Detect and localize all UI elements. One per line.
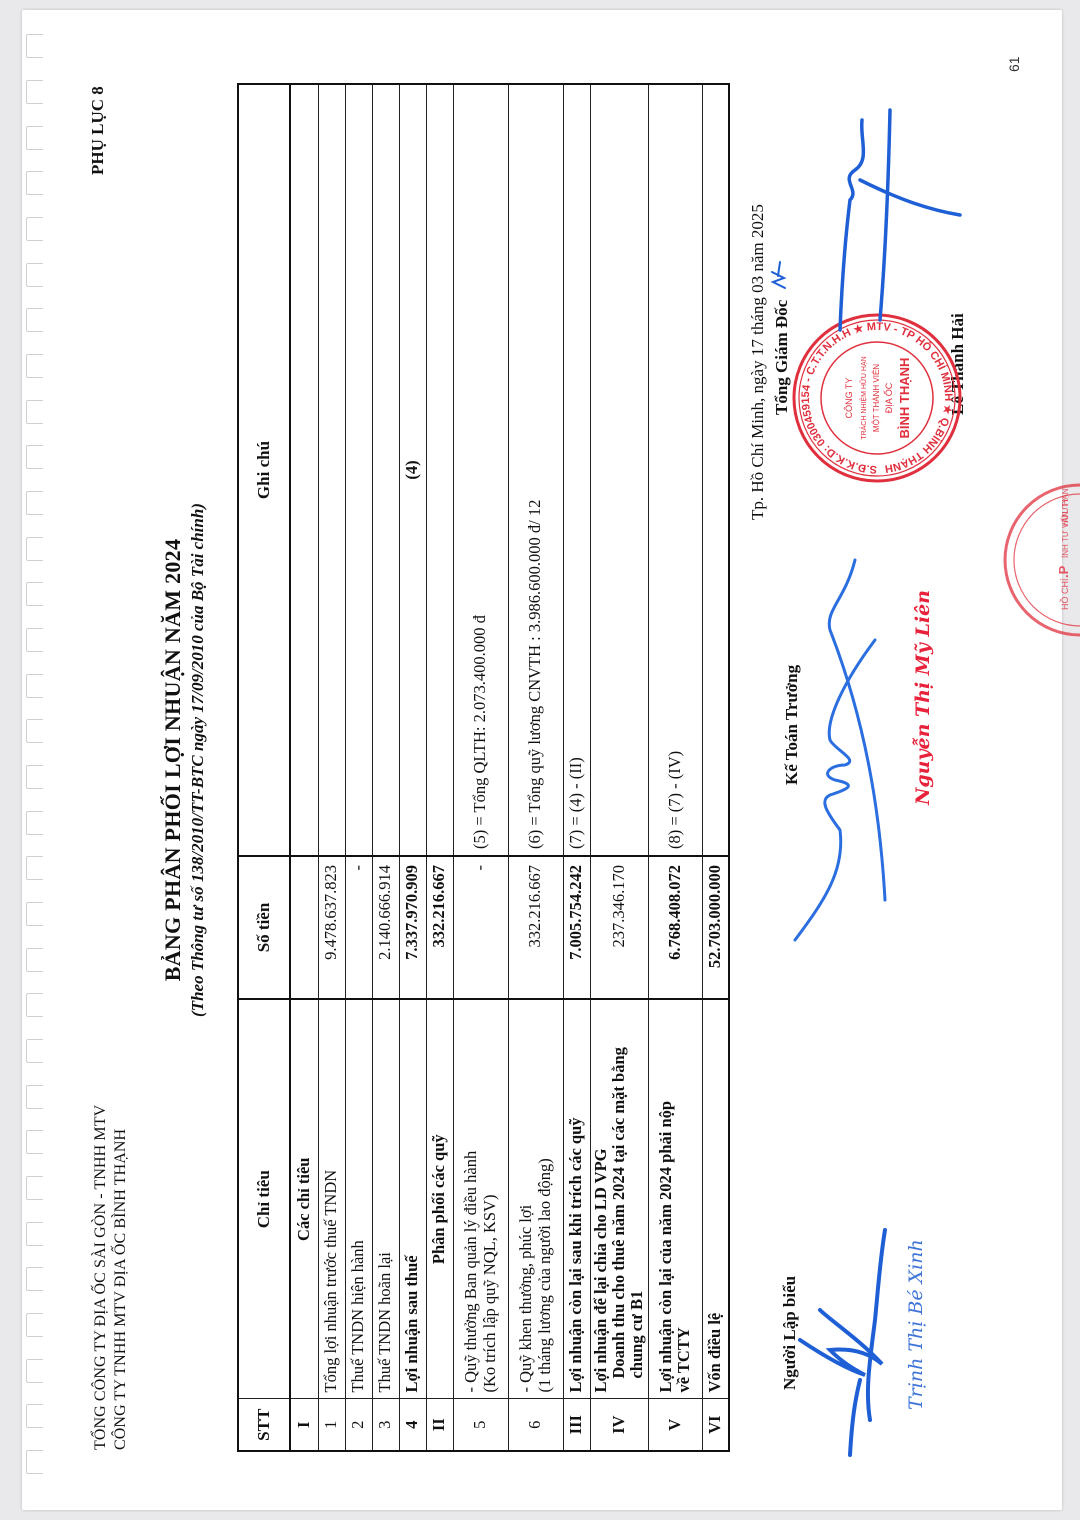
document-title: BẢNG PHÂN PHỐI LỢI NHUẬN NĂM 2024	[160, 0, 186, 1520]
row-stt: III	[563, 1399, 590, 1451]
binder-hole-icon	[26, 445, 43, 469]
row-amount: -	[345, 856, 372, 999]
row-item-line1: - Quỹ thưởng Ban quản lý điều hành	[462, 1006, 480, 1393]
binder-hole-icon	[26, 80, 43, 104]
row-amount: 237.346.170	[590, 856, 648, 999]
binder-hole-icon	[26, 1222, 43, 1246]
row-item: Thuế TNDN hiện hành	[345, 999, 372, 1399]
row-amount: 52.703.000.000	[702, 856, 729, 999]
binder-holes	[26, 34, 52, 1474]
table-row: 1 Tổng lợi nhuận trước thuế TNDN 9.478.6…	[318, 84, 345, 1451]
table-header-row: STT Chỉ tiêu Số tiền Ghi chú	[238, 84, 290, 1451]
seal-line-3: MỘT THÀNH VIÊN	[872, 364, 881, 432]
row-stt: 5	[453, 1399, 508, 1451]
rotated-document-page: TỔNG CÔNG TY ĐỊA ỐC SÀI GÒN - TNHH MTV C…	[0, 0, 1080, 1520]
row-stt: VI	[702, 1399, 729, 1451]
row-amount: 7.005.754.242	[563, 856, 590, 999]
binder-hole-icon	[26, 263, 43, 287]
row-item: Lợi nhuận sau thuế	[399, 999, 426, 1399]
row-stt: 2	[345, 1399, 372, 1451]
row-stt: 6	[508, 1399, 563, 1451]
row-note	[426, 84, 453, 856]
row-stt: IV	[590, 1399, 648, 1451]
row-note	[702, 84, 729, 856]
row-stt: 3	[372, 1399, 399, 1451]
binder-hole-icon	[26, 126, 43, 150]
binder-hole-icon	[26, 400, 43, 424]
row-item: Lợi nhuận để lại chia cho LD VPG Doanh t…	[590, 999, 648, 1399]
binder-hole-icon	[26, 856, 43, 880]
binder-hole-icon	[26, 308, 43, 332]
binder-hole-icon	[26, 582, 43, 606]
partial-seal-line-4: ÍNH	[1061, 544, 1070, 558]
place-and-date: Tp. Hồ Chí Minh, ngày 17 tháng 03 năm 20…	[748, 204, 768, 520]
parent-organization: TỔNG CÔNG TY ĐỊA ỐC SÀI GÒN - TNHH MTV	[92, 1105, 110, 1450]
row-stt: V	[648, 1399, 702, 1451]
column-header-note: Ghi chú	[238, 84, 290, 856]
row-item: Thuế TNDN hoãn lại	[372, 999, 399, 1399]
appendix-label: PHỤ LỤC 8	[88, 86, 108, 175]
row-note: (6) = Tổng quỹ lương CNVTH : 3.986.600.0…	[508, 84, 563, 856]
director-signature-icon	[800, 100, 970, 340]
page-number: 61	[1006, 56, 1022, 72]
row-stt: I	[290, 1399, 318, 1451]
row-stt: 1	[318, 1399, 345, 1451]
table-row: VI Vốn điều lệ 52.703.000.000	[702, 84, 729, 1451]
table-row: 2 Thuế TNDN hiện hành -	[345, 84, 372, 1451]
binder-hole-icon	[26, 1450, 43, 1474]
table-row: IV Lợi nhuận để lại chia cho LD VPG Doan…	[590, 84, 648, 1451]
row-item-line1: Lợi nhuận còn lại của năm 2024 phải nộp	[657, 1006, 675, 1393]
binder-hole-icon	[26, 719, 43, 743]
column-header-item: Chỉ tiêu	[238, 999, 290, 1399]
row-stt: 4	[399, 1399, 426, 1451]
partial-seal-line-6: HỒ CHÍ	[1059, 578, 1070, 610]
partial-seal-line-1: TY	[1061, 497, 1070, 508]
table-row: 6 - Quỹ khen thưởng, phúc lợi (1 tháng l…	[508, 84, 563, 1451]
seal-line-2: TRÁCH NHIỆM HỮU HẠN	[859, 356, 868, 439]
row-item: - Quỹ thưởng Ban quản lý điều hành (Ko t…	[453, 999, 508, 1399]
document-subtitle: (Theo Thông tư số 138/2010/TT-BTC ngày 1…	[188, 0, 208, 1520]
binder-hole-icon	[26, 948, 43, 972]
binder-hole-icon	[26, 628, 43, 652]
seal-line-1: CÔNG TY	[844, 378, 854, 419]
profit-distribution-table: STT Chỉ tiêu Số tiền Ghi chú I Các chỉ t…	[237, 83, 730, 1452]
row-item-line2: (Ko trích lập quỹ NQL, KSV)	[481, 1006, 499, 1393]
binder-hole-icon	[26, 674, 43, 698]
table-row: 5 - Quỹ thưởng Ban quản lý điều hành (Ko…	[453, 84, 508, 1451]
row-amount	[290, 856, 318, 999]
row-item: Các chỉ tiêu	[290, 999, 318, 1399]
column-header-amount: Số tiền	[238, 856, 290, 999]
company-name: CÔNG TY TNHH MTV ĐỊA ỐC BÌNH THẠNH	[112, 1129, 130, 1450]
row-note: (5) = Tổng QLTH: 2.073.400.000 đ	[453, 84, 508, 856]
row-item: Phân phối các quỹ	[426, 999, 453, 1399]
chief-accountant-signature-icon	[785, 540, 895, 960]
binder-hole-icon	[26, 1313, 43, 1337]
director-initial-icon	[770, 260, 788, 290]
partial-seal-icon: HỒ CHÍ .P ÍNH TƯ VẤN HỮU HẠN TY	[1020, 480, 1080, 640]
preparer-name: Trịnh Thị Bé Xinh	[905, 1239, 927, 1410]
director-title: Tổng Giám Đốc	[772, 300, 792, 415]
row-note	[290, 84, 318, 856]
row-note: (4)	[399, 84, 426, 856]
row-item-line2: (1 tháng lương của người lao động)	[536, 1006, 554, 1393]
row-note	[372, 84, 399, 856]
row-item: - Quỹ khen thưởng, phúc lợi (1 tháng lươ…	[508, 999, 563, 1399]
row-item: Lợi nhuận còn lại sau khi trích các quỹ	[563, 999, 590, 1399]
row-stt: II	[426, 1399, 453, 1451]
preparer-signature-icon	[790, 1200, 900, 1460]
row-item: Lợi nhuận còn lại của năm 2024 phải nộp …	[648, 999, 702, 1399]
table-row: II Phân phối các quỹ 332.216.667	[426, 84, 453, 1451]
row-amount: 9.478.637.823	[318, 856, 345, 999]
binder-hole-icon	[26, 171, 43, 195]
row-note	[318, 84, 345, 856]
binder-hole-icon	[26, 1267, 43, 1291]
seal-line-5: BÌNH THẠNH	[897, 358, 912, 439]
binder-hole-icon	[26, 993, 43, 1017]
row-amount: 2.140.666.914	[372, 856, 399, 999]
table-row: III Lợi nhuận còn lại sau khi trích các …	[563, 84, 590, 1451]
binder-hole-icon	[26, 1039, 43, 1063]
row-note	[590, 84, 648, 856]
binder-hole-icon	[26, 354, 43, 378]
table-row: 3 Thuế TNDN hoãn lại 2.140.666.914	[372, 84, 399, 1451]
row-note: (8) = (7) - (IV)	[648, 84, 702, 856]
row-note	[345, 84, 372, 856]
binder-hole-icon	[26, 1359, 43, 1383]
row-item: Vốn điều lệ	[702, 999, 729, 1399]
binder-hole-icon	[26, 34, 43, 58]
row-amount: 332.216.667	[426, 856, 453, 999]
row-amount: 6.768.408.072	[648, 856, 702, 999]
binder-hole-icon	[26, 902, 43, 926]
row-amount: 332.216.667	[508, 856, 563, 999]
row-item-line2: về TCTY	[675, 1006, 693, 1393]
row-item-line1: Lợi nhuận để lại chia cho LD VPG	[592, 1006, 610, 1393]
table-row: I Các chỉ tiêu	[290, 84, 318, 1451]
binder-hole-icon	[26, 1404, 43, 1428]
table-row: V Lợi nhuận còn lại của năm 2024 phải nộ…	[648, 84, 702, 1451]
row-item-line2: Doanh thu cho thuê năm 2024 tại các mặt …	[610, 1006, 647, 1393]
row-note: (7) = (4) - (II)	[563, 84, 590, 856]
row-amount: -	[453, 856, 508, 999]
table-row: 4 Lợi nhuận sau thuế 7.337.970.909 (4)	[399, 84, 426, 1451]
binder-hole-icon	[26, 491, 43, 515]
row-amount: 7.337.970.909	[399, 856, 426, 999]
binder-hole-icon	[26, 217, 43, 241]
row-item: Tổng lợi nhuận trước thuế TNDN	[318, 999, 345, 1399]
row-item-line1: - Quỹ khen thưởng, phúc lợi	[517, 1006, 535, 1393]
binder-hole-icon	[26, 1130, 43, 1154]
binder-hole-icon	[26, 1176, 43, 1200]
binder-hole-icon	[26, 537, 43, 561]
seal-line-4: ĐỊA ỐC	[883, 382, 894, 413]
partial-seal-line-5: .P	[1056, 565, 1071, 578]
binder-hole-icon	[26, 1085, 43, 1109]
column-header-stt: STT	[238, 1399, 290, 1451]
binder-hole-icon	[26, 765, 43, 789]
chief-accountant-name: Nguyễn Thị Mỹ Liên	[912, 590, 934, 805]
binder-hole-icon	[26, 811, 43, 835]
